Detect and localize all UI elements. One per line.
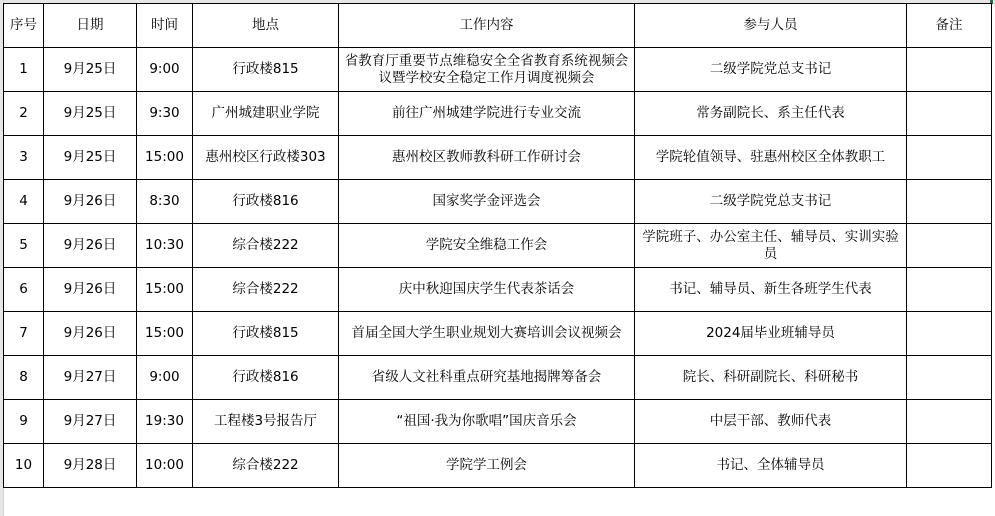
table-row: 3 9月25日 15:00 惠州校区行政楼303 惠州校区教师教科研工作研讨会 … [4, 136, 992, 180]
header-row: 序号 日期 时间 地点 工作内容 参与人员 备注 [4, 4, 992, 48]
cell-content[interactable]: 学院学工例会 [339, 444, 635, 488]
cell-remark[interactable] [907, 224, 992, 268]
cell-remark[interactable] [907, 48, 992, 92]
cell-participants[interactable]: 二级学院党总支书记 [635, 180, 907, 224]
cell-date[interactable]: 9月26日 [44, 312, 137, 356]
table-row: 9 9月27日 19:30 工程楼3号报告厅 “祖国·我为你歌唱”国庆音乐会 中… [4, 400, 992, 444]
cell-no[interactable]: 10 [4, 444, 44, 488]
cell-no[interactable]: 2 [4, 92, 44, 136]
cell-content[interactable]: 学院安全维稳工作会 [339, 224, 635, 268]
cell-participants[interactable]: 中层干部、教师代表 [635, 400, 907, 444]
cell-date[interactable]: 9月25日 [44, 136, 137, 180]
cell-participants[interactable]: 学院轮值领导、驻惠州校区全体教职工 [635, 136, 907, 180]
cell-date[interactable]: 9月27日 [44, 400, 137, 444]
cell-participants[interactable]: 常务副院长、系主任代表 [635, 92, 907, 136]
cell-content[interactable]: 庆中秋迎国庆学生代表茶话会 [339, 268, 635, 312]
cell-remark[interactable] [907, 136, 992, 180]
cell-remark[interactable] [907, 92, 992, 136]
cell-time[interactable]: 9:30 [137, 92, 193, 136]
header-cell-content[interactable]: 工作内容 [339, 4, 635, 48]
cell-place[interactable]: 行政楼816 [193, 356, 339, 400]
table-row: 8 9月27日 9:00 行政楼816 省级人文社科重点研究基地揭牌筹备会 院长… [4, 356, 992, 400]
cell-no[interactable]: 8 [4, 356, 44, 400]
header-cell-remark[interactable]: 备注 [907, 4, 992, 48]
cell-date[interactable]: 9月28日 [44, 444, 137, 488]
cell-no[interactable]: 6 [4, 268, 44, 312]
table-row: 7 9月26日 15:00 行政楼815 首届全国大学生职业规划大赛培训会议视频… [4, 312, 992, 356]
cell-participants[interactable]: 书记、辅导员、新生各班学生代表 [635, 268, 907, 312]
cell-time[interactable]: 9:00 [137, 356, 193, 400]
cell-remark[interactable] [907, 268, 992, 312]
header-cell-participants[interactable]: 参与人员 [635, 4, 907, 48]
cell-content[interactable]: 前往广州城建学院进行专业交流 [339, 92, 635, 136]
cell-date[interactable]: 9月25日 [44, 48, 137, 92]
header-cell-date[interactable]: 日期 [44, 4, 137, 48]
cell-time[interactable]: 15:00 [137, 136, 193, 180]
cell-time[interactable]: 8:30 [137, 180, 193, 224]
cell-place[interactable]: 惠州校区行政楼303 [193, 136, 339, 180]
cell-time[interactable]: 9:00 [137, 48, 193, 92]
cell-content[interactable]: 首届全国大学生职业规划大赛培训会议视频会 [339, 312, 635, 356]
cell-time[interactable]: 19:30 [137, 400, 193, 444]
table-row: 4 9月26日 8:30 行政楼816 国家奖学金评选会 二级学院党总支书记 [4, 180, 992, 224]
cell-content[interactable]: 惠州校区教师教科研工作研讨会 [339, 136, 635, 180]
cell-date[interactable]: 9月26日 [44, 224, 137, 268]
cell-content[interactable]: “祖国·我为你歌唱”国庆音乐会 [339, 400, 635, 444]
table-row: 10 9月28日 10:00 综合楼222 学院学工例会 书记、全体辅导员 [4, 444, 992, 488]
table-row: 5 9月26日 10:30 综合楼222 学院安全维稳工作会 学院班子、办公室主… [4, 224, 992, 268]
cell-remark[interactable] [907, 400, 992, 444]
cell-time[interactable]: 10:00 [137, 444, 193, 488]
cell-remark[interactable] [907, 180, 992, 224]
cell-place[interactable]: 综合楼222 [193, 224, 339, 268]
cell-place[interactable]: 工程楼3号报告厅 [193, 400, 339, 444]
cell-remark[interactable] [907, 444, 992, 488]
cell-no[interactable]: 9 [4, 400, 44, 444]
cell-participants[interactable]: 二级学院党总支书记 [635, 48, 907, 92]
cell-no[interactable]: 7 [4, 312, 44, 356]
cell-content[interactable]: 省级人文社科重点研究基地揭牌筹备会 [339, 356, 635, 400]
cell-place[interactable]: 综合楼222 [193, 444, 339, 488]
cell-time[interactable]: 10:30 [137, 224, 193, 268]
cell-place[interactable]: 行政楼816 [193, 180, 339, 224]
cell-place[interactable]: 行政楼815 [193, 48, 339, 92]
cell-participants[interactable]: 学院班子、办公室主任、辅导员、实训实验员 [635, 224, 907, 268]
table-row: 2 9月25日 9:30 广州城建职业学院 前往广州城建学院进行专业交流 常务副… [4, 92, 992, 136]
cell-participants[interactable]: 院长、科研副院长、科研秘书 [635, 356, 907, 400]
cell-time[interactable]: 15:00 [137, 268, 193, 312]
cell-no[interactable]: 3 [4, 136, 44, 180]
cell-date[interactable]: 9月25日 [44, 92, 137, 136]
header-cell-time[interactable]: 时间 [137, 4, 193, 48]
cell-participants[interactable]: 2024届毕业班辅导员 [635, 312, 907, 356]
cell-date[interactable]: 9月27日 [44, 356, 137, 400]
table-row: 6 9月26日 15:00 综合楼222 庆中秋迎国庆学生代表茶话会 书记、辅导… [4, 268, 992, 312]
schedule-table: 序号 日期 时间 地点 工作内容 参与人员 备注 1 9月25日 9:00 行政… [3, 3, 992, 488]
table-row: 1 9月25日 9:00 行政楼815 省教育厅重要节点维稳安全全省教育系统视频… [4, 48, 992, 92]
cell-place[interactable]: 行政楼815 [193, 312, 339, 356]
cell-no[interactable]: 1 [4, 48, 44, 92]
cell-place[interactable]: 综合楼222 [193, 268, 339, 312]
cell-no[interactable]: 4 [4, 180, 44, 224]
cell-participants[interactable]: 书记、全体辅导员 [635, 444, 907, 488]
cell-remark[interactable] [907, 312, 992, 356]
header-cell-no[interactable]: 序号 [4, 4, 44, 48]
cell-content[interactable]: 省教育厅重要节点维稳安全全省教育系统视频会议暨学校安全稳定工作月调度视频会 [339, 48, 635, 92]
cell-place[interactable]: 广州城建职业学院 [193, 92, 339, 136]
cell-remark[interactable] [907, 356, 992, 400]
cell-content[interactable]: 国家奖学金评选会 [339, 180, 635, 224]
cell-no[interactable]: 5 [4, 224, 44, 268]
cell-date[interactable]: 9月26日 [44, 268, 137, 312]
header-cell-place[interactable]: 地点 [193, 4, 339, 48]
cell-time[interactable]: 15:00 [137, 312, 193, 356]
cell-date[interactable]: 9月26日 [44, 180, 137, 224]
